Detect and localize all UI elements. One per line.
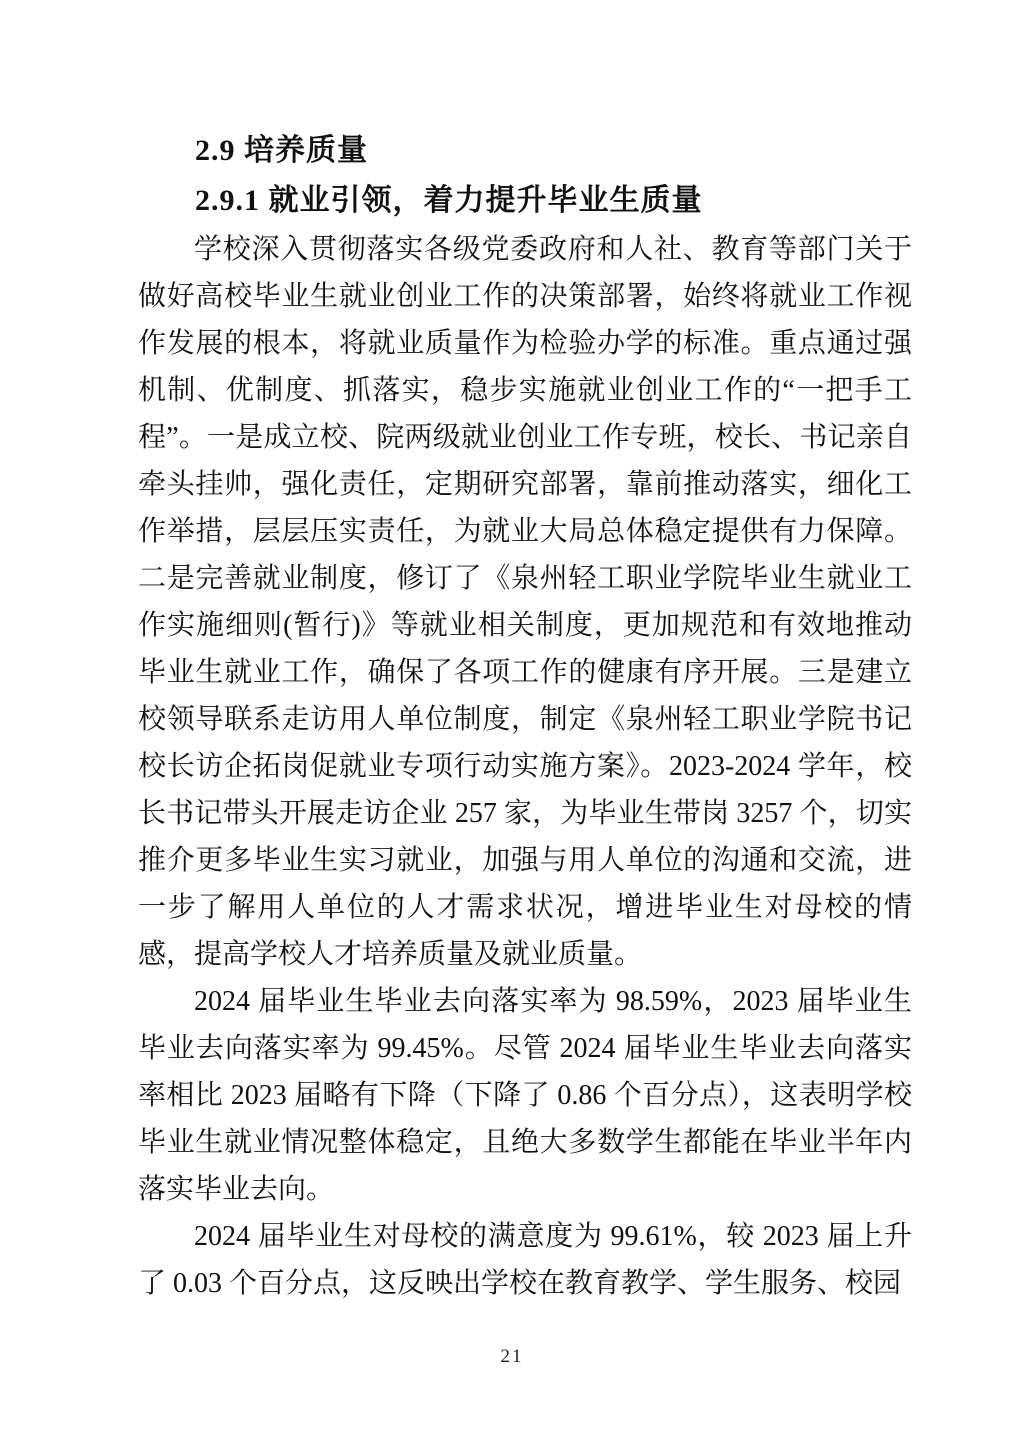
paragraph-satisfaction-rate: 2024 届毕业生对母校的满意度为 99.61%，较 2023 届上升了 0.0… xyxy=(138,1213,912,1307)
document-body: 2.9 培养质量 2.9.1 就业引领，着力提升毕业生质量 学校深入贯彻落实各级… xyxy=(138,126,912,1307)
paragraph-employment-leadership: 学校深入贯彻落实各级党委政府和人社、教育等部门关于做好高校毕业生就业创业工作的决… xyxy=(138,226,912,978)
section-heading: 2.9 培养质量 xyxy=(138,126,912,176)
page-number: 21 xyxy=(501,1346,524,1367)
paragraph-employment-rate: 2024 届毕业生毕业去向落实率为 98.59%，2023 届毕业生毕业去向落实… xyxy=(138,978,912,1213)
page-footer: 21 xyxy=(0,1346,1024,1368)
document-page: 2.9 培养质量 2.9.1 就业引领，着力提升毕业生质量 学校深入贯彻落实各级… xyxy=(0,0,1024,1448)
subsection-heading: 2.9.1 就业引领，着力提升毕业生质量 xyxy=(138,176,912,226)
